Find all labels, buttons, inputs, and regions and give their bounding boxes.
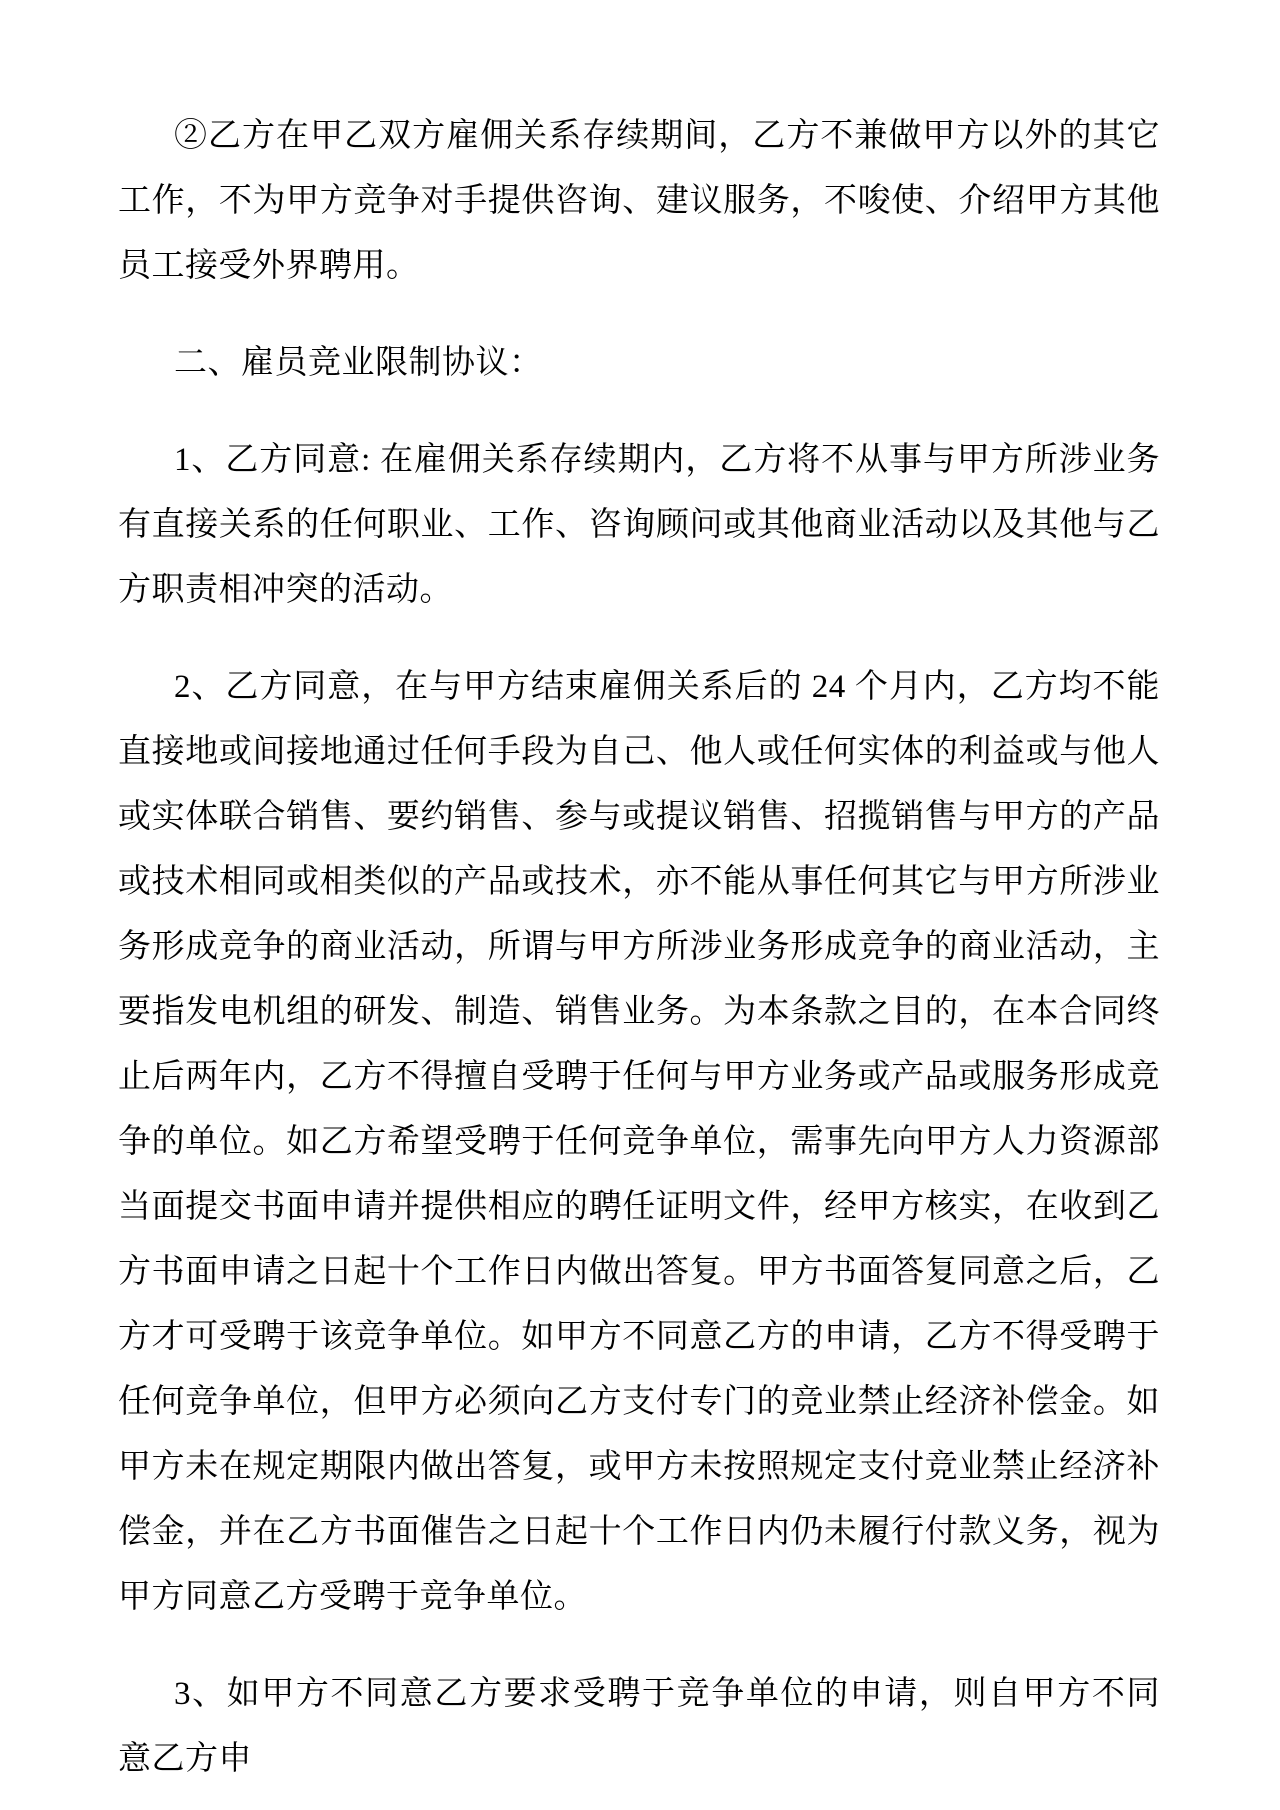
paragraph-clause-2: 2、乙方同意，在与甲方结束雇佣关系后的 24 个月内，乙方均不能直接地或间接地通…	[118, 655, 1160, 1630]
document-content: ②乙方在甲乙双方雇佣关系存续期间，乙方不兼做甲方以外的其它工作，不为甲方竞争对手…	[118, 0, 1160, 1792]
paragraph-clause-3-truncated: 3、如甲方不同意乙方要求受聘于竞争单位的申请，则自甲方不同意乙方申	[118, 1662, 1160, 1792]
document-page: ②乙方在甲乙双方雇佣关系存续期间，乙方不兼做甲方以外的其它工作，不为甲方竞争对手…	[0, 0, 1280, 1810]
paragraph-clause-1: 1、乙方同意: 在雇佣关系存续期内，乙方将不从事与甲方所涉业务有直接关系的任何职…	[118, 428, 1160, 623]
paragraph-employee-obligation: ②乙方在甲乙双方雇佣关系存续期间，乙方不兼做甲方以外的其它工作，不为甲方竞争对手…	[118, 104, 1160, 299]
section-heading-non-compete-agreement: 二、雇员竞业限制协议：	[118, 331, 1160, 396]
